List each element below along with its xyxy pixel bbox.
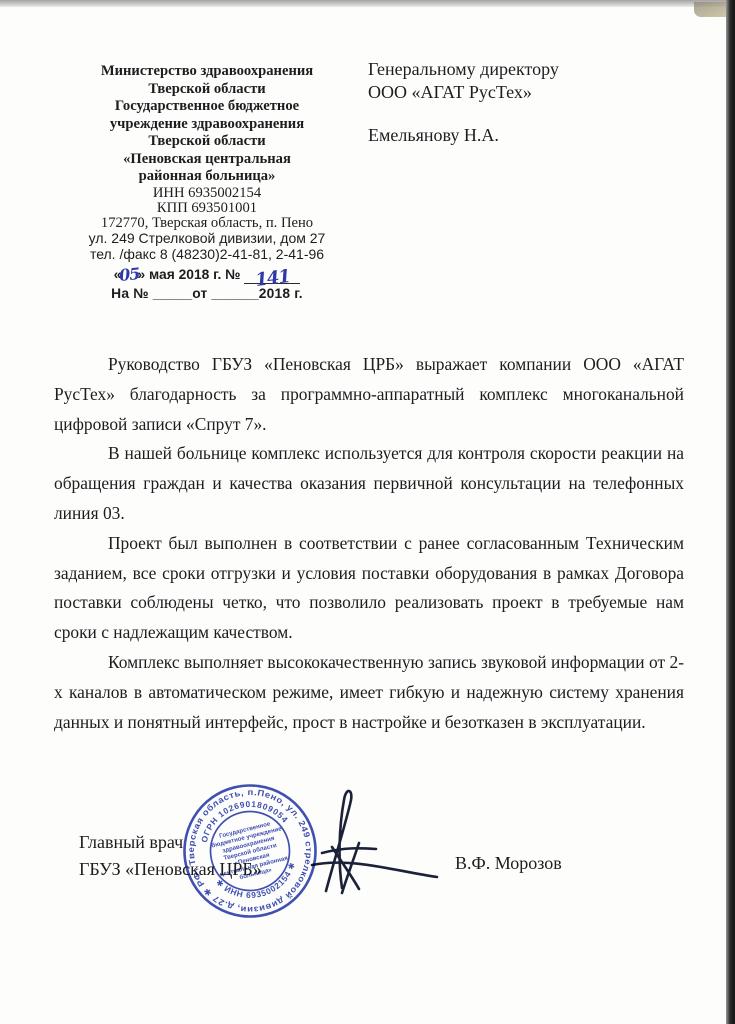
sender-org-line: учреждение здравоохранения xyxy=(50,116,364,134)
scan-corner-artifact xyxy=(694,2,728,17)
sender-phone-line: тел. /факс 8 (48230)2-41-81, 2-41-96 xyxy=(50,247,364,263)
paragraph: В нашей больнице комплекс используется д… xyxy=(54,439,684,528)
recipient-addressee: Емельянову Н.А. xyxy=(368,124,559,147)
recipient-block: Генеральному директору ООО «АГАТ РусТех»… xyxy=(368,58,559,147)
sender-kpp: КПП 693501001 xyxy=(50,201,364,216)
scan-edge-top xyxy=(0,0,735,7)
handwritten-day: 05 xyxy=(118,264,140,285)
recipient-line: ООО «АГАТ РусТех» xyxy=(368,81,559,104)
sender-org-line: районная больница» xyxy=(50,168,364,186)
sender-address-line: 172770, Тверская область, п. Пено xyxy=(50,216,364,231)
sender-org-line: Тверской области xyxy=(50,81,364,99)
recipient-line: Генеральному директору xyxy=(368,58,559,81)
sender-org-line: Государственное бюджетное xyxy=(50,98,364,116)
signature-name: В.Ф. Морозов xyxy=(455,853,562,874)
paragraph: Проект был выполнен в соответствии с ран… xyxy=(54,529,684,648)
letter-body: Руководство ГБУЗ «Пеновская ЦРБ» выражае… xyxy=(54,350,684,737)
sender-address-line: ул. 249 Стрелковой дивизии, дом 27 xyxy=(50,231,364,247)
handwritten-number: 141 xyxy=(254,267,291,290)
date-printed-text: » мая 2018 г. № xyxy=(138,267,241,282)
sender-org-line: Министерство здравоохранения xyxy=(50,63,364,81)
sender-inn: ИНН 6935002154 xyxy=(50,186,364,201)
sender-block: Министерство здравоохранения Тверской об… xyxy=(50,63,364,303)
sender-org-line: «Пеновская центральная xyxy=(50,151,364,169)
date-line: «05» мая 2018 г. № 141 xyxy=(50,264,364,284)
reference-line: На № _____от ______2018 г. xyxy=(50,284,364,303)
paragraph: Руководство ГБУЗ «Пеновская ЦРБ» выражае… xyxy=(54,350,684,439)
outgoing-number-line: 141 xyxy=(244,266,300,284)
paragraph: Комплекс выполняет высококачественную за… xyxy=(54,648,684,737)
stamp-center-text: Государственное бюджетное учреждение здр… xyxy=(209,818,292,886)
scanned-letter-page: Министерство здравоохранения Тверской об… xyxy=(0,0,735,1024)
handwritten-signature xyxy=(303,779,455,897)
scan-edge-right xyxy=(726,0,735,1024)
sender-org-line: Тверской области xyxy=(50,133,364,151)
